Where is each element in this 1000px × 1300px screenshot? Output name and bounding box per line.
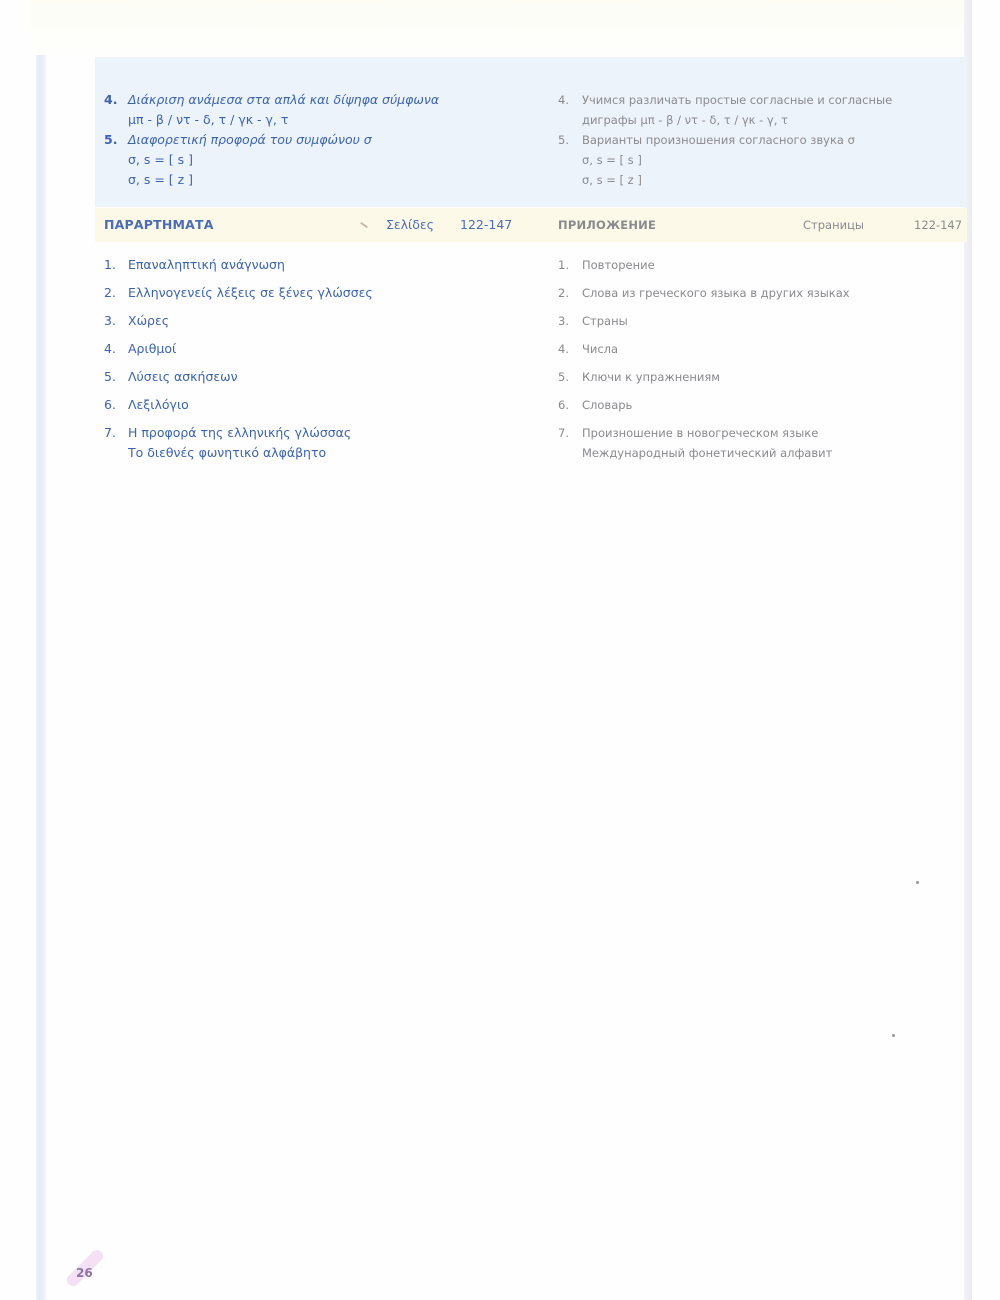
item-text: μπ - β / ντ - δ, τ / γκ - γ, τ [128,110,439,130]
list-item: 4. Διάκριση ανάμεσα στα απλά και δίψηφα … [104,90,544,130]
list-item: 7.Произношение в новогреческом языкеМежд… [558,423,968,463]
list-item: 3.Χώρες [104,311,544,331]
list-item: 7.Η προφορά της ελληνικής γλώσσαςΤο διεθ… [104,423,544,463]
appendix-list-russian: 1.Повторение2.Слова из греческого языка … [558,255,968,471]
item-text: Διαφορετική προφορά του συμφώνου σ [128,130,372,150]
item-number: 7. [558,423,582,463]
item-text: Словарь [582,395,632,415]
item-number: 5. [104,367,128,387]
list-item: 1.Επαναληπτική ανάγνωση [104,255,544,275]
item-number: 6. [104,395,128,415]
list-item: 4.Числа [558,339,968,359]
item-text: Το διεθνές φωνητικό αλφάβητο [128,443,351,463]
item-number: 3. [558,311,582,331]
item-text: Η προφορά της ελληνικής γλώσσας [128,423,351,443]
appendix-header-greek: ΠΑΡΑΡΤΗΜΑΤΑ Σελίδες 122-147 [104,214,520,236]
item-text: Ελληνογενείς λέξεις σε ξένες γλώσσες [128,283,373,303]
item-text: Учимся различать простые согласные и сог… [582,90,892,110]
item-text: σ, s = [ z ] [582,170,855,190]
item-number: 2. [558,283,582,303]
list-item: 2.Ελληνογενείς λέξεις σε ξένες γλώσσες [104,283,544,303]
item-number: 1. [104,255,128,275]
pages-range: 122-147 [460,214,512,236]
item-text: Χώρες [128,311,169,331]
pages-label: Σελίδες [386,214,434,236]
list-item: 4. Учимся различать простые согласные и … [558,90,968,130]
item-text: Страны [582,311,628,331]
list-item: 1.Повторение [558,255,968,275]
item-text: Λύσεις ασκήσεων [128,367,238,387]
outside-margin [972,0,1000,1300]
list-item: 3.Страны [558,311,968,331]
item-text: Λεξιλόγιο [128,395,189,415]
russian-section-items: 4. Учимся различать простые согласные и … [558,90,968,190]
section-title: ПРИЛОЖЕНИЕ [558,214,656,236]
item-text: Повторение [582,255,655,275]
book-spine-shadow [36,55,46,1300]
item-text: σ, s = [ z ] [128,170,372,190]
pages-range: 122-147 [914,214,962,236]
item-number: 5. [104,130,128,190]
list-item: 2.Слова из греческого языка в других язы… [558,283,968,303]
top-margin [30,0,970,55]
list-item: 5. Варианты произношения согласного звук… [558,130,968,190]
list-item: 5. Διαφορετική προφορά του συμφώνου σ σ,… [104,130,544,190]
item-text: Числа [582,339,618,359]
section-title: ΠΑΡΑΡΤΗΜΑΤΑ [104,214,214,236]
list-item: 5.Λύσεις ασκήσεων [104,367,544,387]
item-number: 5. [558,367,582,387]
item-number: 4. [558,339,582,359]
item-number: 3. [104,311,128,331]
item-text: Варианты произношения согласного звука σ [582,130,855,150]
item-text: σ, s = [ s ] [582,150,855,170]
scan-speck [916,881,919,884]
item-text: Произношение в новогреческом языке [582,423,832,443]
list-item: 4.Αριθμοί [104,339,544,359]
item-number: 4. [104,90,128,130]
pages-label: Страницы [803,214,864,236]
document-page: 4. Διάκριση ανάμεσα στα απλά και δίψηφα … [0,0,1000,1300]
item-number: 1. [558,255,582,275]
item-text: σ, s = [ s ] [128,150,372,170]
list-item: 5.Ключи к упражнениям [558,367,968,387]
item-text: Международный фонетический алфавит [582,443,832,463]
item-text: Αριθμοί [128,339,176,359]
page-number: 26 [76,1266,93,1280]
item-number: 2. [104,283,128,303]
appendix-header-russian: ПРИЛОЖЕНИЕ Страницы 122-147 [558,214,978,236]
greek-section-items: 4. Διάκριση ανάμεσα στα απλά και δίψηφα … [104,90,544,190]
item-text: Слова из греческого языка в других языка… [582,283,850,303]
scan-speck [892,1034,895,1037]
item-text: Ключи к упражнениям [582,367,720,387]
item-number: 6. [558,395,582,415]
list-item: 6.Λεξιλόγιο [104,395,544,415]
item-text: Επαναληπτική ανάγνωση [128,255,285,275]
item-number: 7. [104,423,128,463]
item-text: Διάκριση ανάμεσα στα απλά και δίψηφα σύμ… [128,90,439,110]
item-number: 4. [104,339,128,359]
list-item: 6.Словарь [558,395,968,415]
item-number: 4. [558,90,582,130]
appendix-list-greek: 1.Επαναληπτική ανάγνωση2.Ελληνογενείς λέ… [104,255,544,471]
item-text: диграфы μπ - β / ντ - δ, τ / γκ - γ, τ [582,110,892,130]
item-number: 5. [558,130,582,190]
